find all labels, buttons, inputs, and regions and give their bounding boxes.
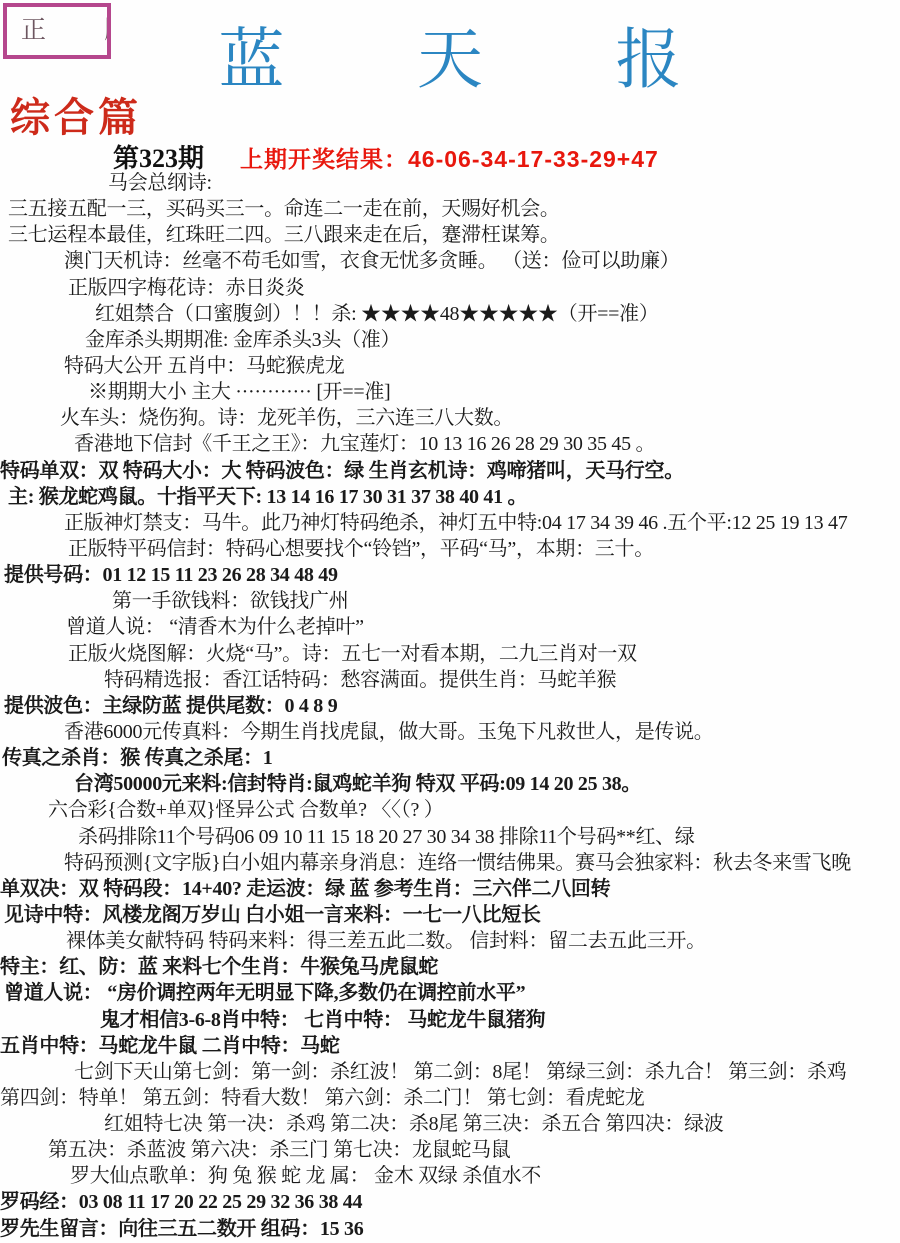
- text-line: 第四剑：特单！ 第五剑：特看大数！ 第六剑：杀二门！ 第七剑：看虎蛇龙: [0, 1085, 900, 1111]
- text-line: 见诗中特：风楼龙阁万岁山 白小姐一言来料：一七一八比短长: [0, 902, 900, 928]
- text-line: 特码单双：双 特码大小：大 特码波色：绿 生肖玄机诗：鸡啼猪叫，天马行空。: [0, 458, 900, 484]
- text-line: 裸体美女献特码 特码来料：得三差五此二数。 信封料：留二去五此三开。: [0, 928, 900, 954]
- text-line: 正版特平码信封：特码心想要找个“铃铛”，平码“马”，本期：三十。: [0, 536, 900, 562]
- text-line: 杀码排除11个号码06 09 10 11 15 18 20 27 30 34 3…: [0, 824, 900, 850]
- text-line: 提供号码：01 12 15 11 23 26 28 34 48 49: [0, 562, 900, 588]
- text-line: 罗码经：03 08 11 17 20 22 25 29 32 36 38 44: [0, 1189, 900, 1215]
- text-line: 曾道人说： “房价调控两年无明显下降,多数仍在调控前水平”: [0, 980, 900, 1006]
- text-line: 红姐特七决 第一决：杀鸡 第二决：杀8尾 第三决：杀五合 第四决：绿波: [0, 1111, 900, 1137]
- text-line: 单双决：双 特码段：14+40? 走运波：绿 蓝 参考生肖：三六伴二八回转: [0, 876, 900, 902]
- text-line: 六合彩{合数+单双}怪异公式 合数单? 〈〈（? ）: [0, 797, 900, 823]
- text-line: 特码精选报：香江话特码：愁容满面。提供生肖：马蛇羊猴: [0, 667, 900, 693]
- text-line: 马会总纲诗:: [0, 170, 900, 196]
- text-line: 正版神灯禁支：马牛。此乃神灯特码绝杀，神灯五中特:04 17 34 39 46 …: [0, 510, 900, 536]
- text-line: 第一手欲钱料：欲钱找广州: [0, 588, 900, 614]
- text-line: 曾道人说： “清香木为什么老掉叶”: [0, 614, 900, 640]
- text-line: 特码大公开 五肖中：马蛇猴虎龙: [0, 353, 900, 379]
- text-line: 特码预测{文字版}白小姐内幕亲身消息：连络一惯结佛果。赛马会独家料：秋去冬来雪飞…: [0, 850, 900, 876]
- text-line: 罗先生留言：向往三五二数开 组码：15 36: [0, 1216, 900, 1242]
- text-line: 传真之杀肖：猴 传真之杀尾：1: [0, 745, 900, 771]
- text-line: 提供波色：主绿防蓝 提供尾数：0 4 8 9: [0, 693, 900, 719]
- section-title: 综合篇: [10, 86, 142, 143]
- text-line: 三五接五配一三，买码买三一。命连二一走在前，天赐好机会。: [0, 196, 900, 222]
- lantian-report-page: 正 版 蓝 天 报 综合篇 第323期 上期开奖结果：46-06-34-17-3…: [0, 0, 900, 1243]
- text-line: 澳门天机诗：丝毫不苟毛如雪，衣食无忧多贪睡。 （送：俭可以助廉）: [0, 248, 900, 274]
- text-line: 正版火烧图解：火烧“马”。诗：五七一对看本期，二九三肖对一双: [0, 641, 900, 667]
- text-line: 罗大仙点歌单：狗 兔 猴 蛇 龙 属： 金木 双绿 杀值水不: [0, 1163, 900, 1189]
- text-line: 第五决：杀蓝波 第六决：杀三门 第七决：龙鼠蛇马鼠: [0, 1137, 900, 1163]
- text-line: 七剑下天山第七剑：第一剑：杀红波！ 第二剑：8尾！ 第绿三剑：杀九合！ 第三剑：…: [0, 1059, 900, 1085]
- text-line: 香港6000元传真料：今期生肖找虎鼠，做大哥。玉兔下凡救世人，是传说。: [0, 719, 900, 745]
- text-line: 五肖中特：马蛇龙牛鼠 二肖中特：马蛇: [0, 1033, 900, 1059]
- text-line: 红姐禁合（口蜜腹剑）！！杀: ★★★★48★★★★★（开==准）: [0, 301, 900, 327]
- text-line: 火车头：烧伤狗。诗：龙死羊伤，三六连三八大数。: [0, 405, 900, 431]
- text-line: 香港地下信封《千王之王》：九宝莲灯：10 13 16 26 28 29 30 3…: [0, 431, 900, 457]
- text-line: 台湾50000元来料:信封特肖:鼠鸡蛇羊狗 特双 平码:09 14 20 25 …: [0, 771, 900, 797]
- text-line: 鬼才相信3-6-8肖中特： 七肖中特： 马蛇龙牛鼠猪狗: [0, 1007, 900, 1033]
- text-line: ※期期大小 主大 ············ [开==准]: [0, 379, 900, 405]
- text-line: 三七运程本最佳，红珠旺二四。三八跟来走在后，蹇滞枉谋筹。: [0, 222, 900, 248]
- text-line: 金库杀头期期准: 金库杀头3头（准）: [0, 327, 900, 353]
- text-line: 主: 猴龙蛇鸡鼠。十指平天下: 13 14 16 17 30 31 37 38 …: [0, 484, 900, 510]
- text-line: 特主：红、防：蓝 来料七个生肖：牛猴兔马虎鼠蛇: [0, 954, 900, 980]
- content-lines: 马会总纲诗:三五接五配一三，买码买三一。命连二一走在前，天赐好机会。三七运程本最…: [0, 170, 900, 1242]
- text-line: 正版四字梅花诗：赤日炎炎: [0, 275, 900, 301]
